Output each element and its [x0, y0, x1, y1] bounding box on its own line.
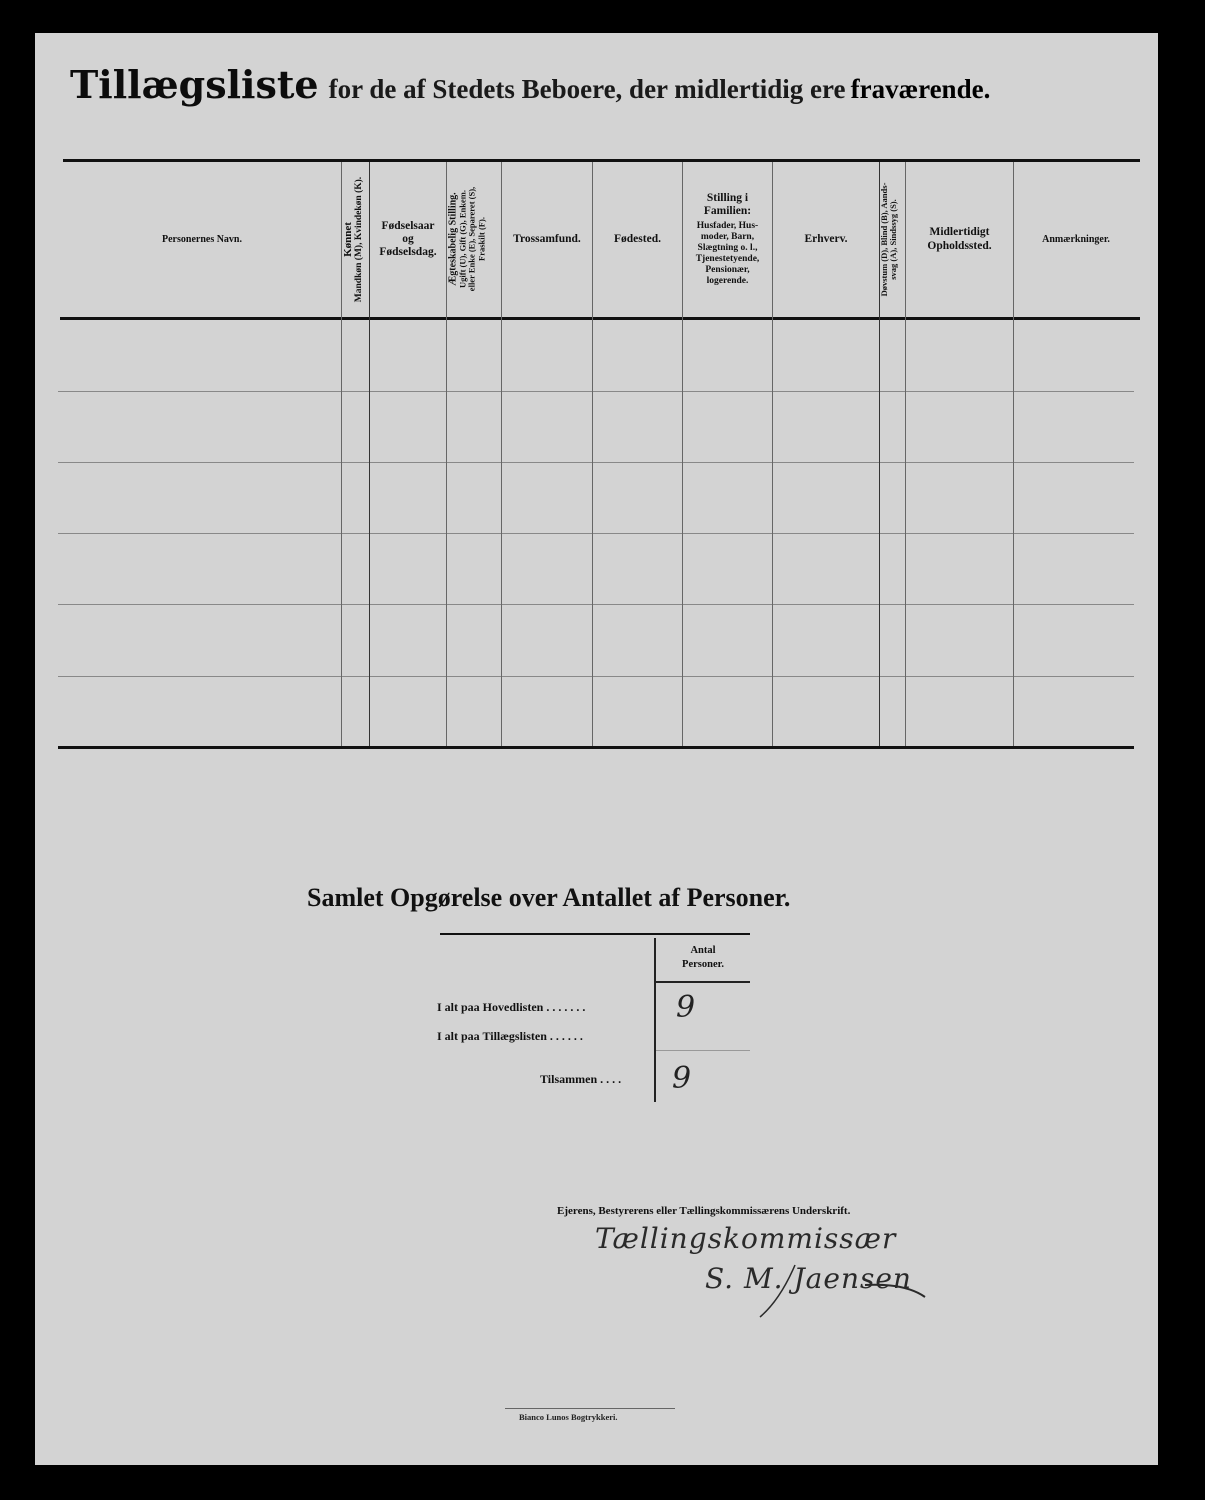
summary-label-tilsammen: Tilsammen . . . . — [540, 1072, 621, 1087]
summary-label-hovedlisten: I alt paa Hovedlisten . . . . . . . — [437, 1000, 585, 1015]
header-handicap: Døvstum (D), Blind (B), Aands- svag (A),… — [880, 162, 905, 317]
title-main: Tillægsliste — [70, 62, 319, 107]
header-anmaerkninger: Anmærkninger. — [1014, 162, 1138, 317]
summary-subtotal-rule — [656, 1050, 750, 1051]
kjonnet-subtitle: Mandkøn (M), Kvindekøn (K). — [354, 162, 364, 317]
fodsel-line: og — [402, 233, 414, 246]
form-title: Tillægslistefor de af Stedets Beboere, d… — [70, 62, 990, 107]
summary-header-rule — [656, 981, 750, 983]
summary-title: Samlet Opgørelse over Antallet af Person… — [307, 883, 790, 913]
table-bottom-rule — [58, 746, 1134, 749]
header-aegteskabelig-stilling: Ægteskabelig Stilling. Ugift (U), Gift (… — [447, 162, 501, 317]
header-fodselsaar: Fødselsaar og Fødselsdag. — [370, 162, 446, 317]
familie-line: Slægtning o. l., — [698, 243, 758, 254]
header-fodested: Fødested. — [593, 162, 682, 317]
header-midlertidigt-opholdssted: Midlertidigt Opholdssted. — [906, 162, 1013, 317]
title-emphasis: fraværende. — [851, 74, 991, 104]
familie-line: logerende. — [707, 276, 749, 287]
fodsel-line: Fødselsdag. — [379, 246, 436, 259]
summary-header-line: Personer. — [656, 958, 750, 972]
row-divider — [58, 676, 1134, 677]
row-divider — [58, 391, 1134, 392]
row-divider — [58, 604, 1134, 605]
familie-title: Stilling i — [707, 192, 748, 205]
familie-line: Pensionær, — [705, 265, 749, 276]
header-stilling-i-familien: Stilling i Familien: Husfader, Hus- mode… — [683, 162, 772, 317]
familie-line: Husfader, Hus- — [697, 221, 758, 232]
familie-title: Familien: — [704, 205, 751, 218]
printer-rule — [505, 1408, 675, 1409]
header-erhverv: Erhverv. — [773, 162, 879, 317]
kjonnet-title: Kønnet — [342, 162, 354, 317]
familie-line: Tjenestetyende, — [696, 254, 760, 265]
header-trossamfund: Trossamfund. — [502, 162, 592, 317]
row-divider — [58, 462, 1134, 463]
summary-column-header: Antal Personer. — [656, 944, 750, 971]
row-divider — [58, 533, 1134, 534]
summary-value-tilsammen: 9 — [672, 1061, 691, 1096]
header-kjonnet: Kønnet Mandkøn (M), Kvindekøn (K). — [342, 162, 369, 317]
ophold-line: Opholdssted. — [927, 240, 991, 253]
fodsel-line: Fødselsaar — [381, 220, 434, 233]
summary-header-line: Antal — [656, 944, 750, 958]
summary-top-rule — [440, 933, 750, 935]
summary-value-hovedlisten: 9 — [676, 990, 695, 1025]
printer-imprint: Bianco Lunos Bogtrykkeri. — [519, 1412, 617, 1422]
header-personernes-navn: Personernes Navn. — [63, 162, 341, 317]
summary-label-tillaegslisten: I alt paa Tillægslisten . . . . . . — [437, 1029, 583, 1044]
aegteskab-line: Fraskilt (F). — [477, 162, 486, 317]
title-subtitle: for de af Stedets Beboere, der midlertid… — [329, 74, 846, 104]
signature-flourish-icon — [595, 1225, 940, 1320]
familie-line: moder, Barn, — [701, 232, 754, 243]
handicap-line: svag (A), Sindssyg (S). — [889, 162, 898, 317]
header-bottom-rule — [60, 317, 1140, 320]
ophold-line: Midlertidigt — [929, 226, 989, 239]
signature-caption: Ejerens, Bestyrerens eller Tællingskommi… — [557, 1205, 850, 1217]
